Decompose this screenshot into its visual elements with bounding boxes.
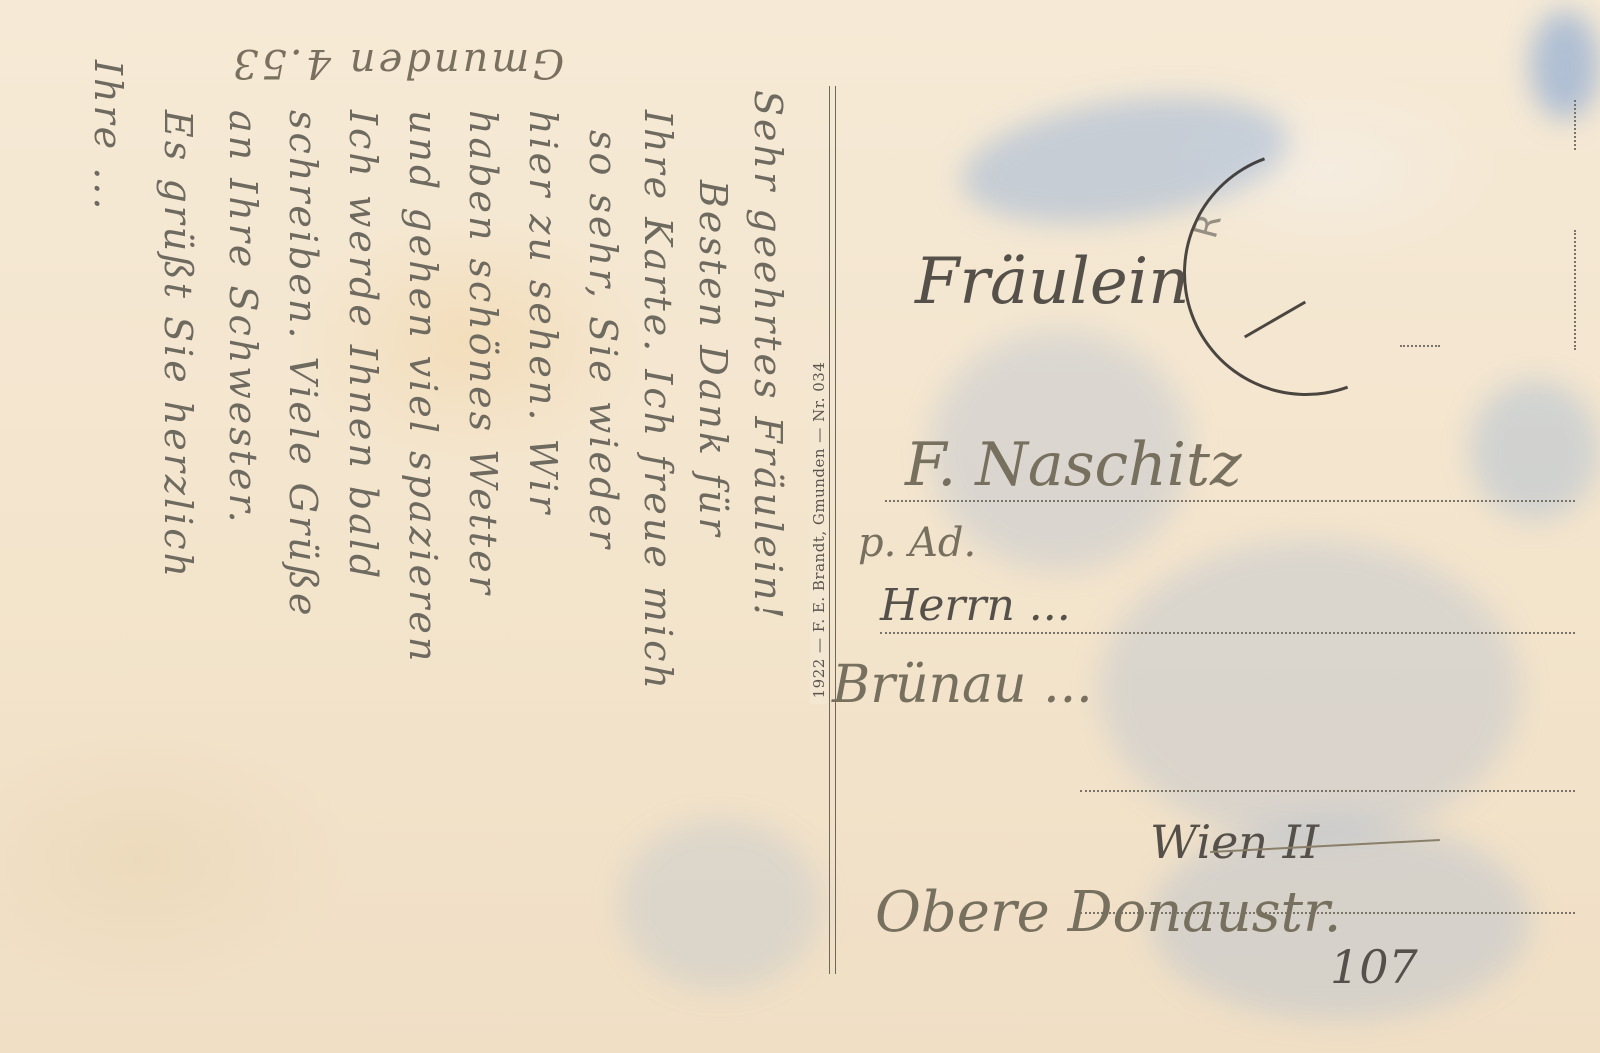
address-house-number: 107: [1330, 940, 1418, 994]
address-herrn: Herrn ...: [880, 580, 1071, 631]
stamp-box-edge: [1574, 230, 1576, 350]
blue-crayon-smudge: [1470, 380, 1600, 520]
address-street: Obere Donaustr.: [875, 880, 1341, 945]
message-header-upside-down: Gmunden 4.53: [230, 40, 564, 86]
center-divider: [829, 86, 837, 974]
divider-rule: [835, 86, 836, 974]
blue-crayon-smudge: [1530, 10, 1600, 120]
blue-crayon-smudge: [1100, 540, 1520, 840]
address-line-1: [885, 500, 1575, 502]
stamp-box-edge: [1400, 345, 1440, 347]
address-line-3: [1080, 790, 1575, 792]
address-care-of: p. Ad.: [858, 520, 976, 566]
stamp-box-edge: [1574, 100, 1576, 150]
postcard-back: 1922 — F. E. Brandt, Gmunden — Nr. 034 R…: [0, 0, 1600, 1053]
address-salutation: Fräulein: [915, 245, 1189, 319]
blue-crayon-smudge: [620, 820, 820, 990]
address-line-2: [880, 632, 1575, 634]
imprint-text: 1922 — F. E. Brandt, Gmunden — Nr. 034: [810, 356, 828, 705]
address-recipient: Brünau ...: [832, 655, 1093, 715]
address-name: F. Naschitz: [905, 430, 1242, 500]
divider-rule: [829, 86, 830, 974]
address-city: Wien II: [1150, 815, 1319, 869]
